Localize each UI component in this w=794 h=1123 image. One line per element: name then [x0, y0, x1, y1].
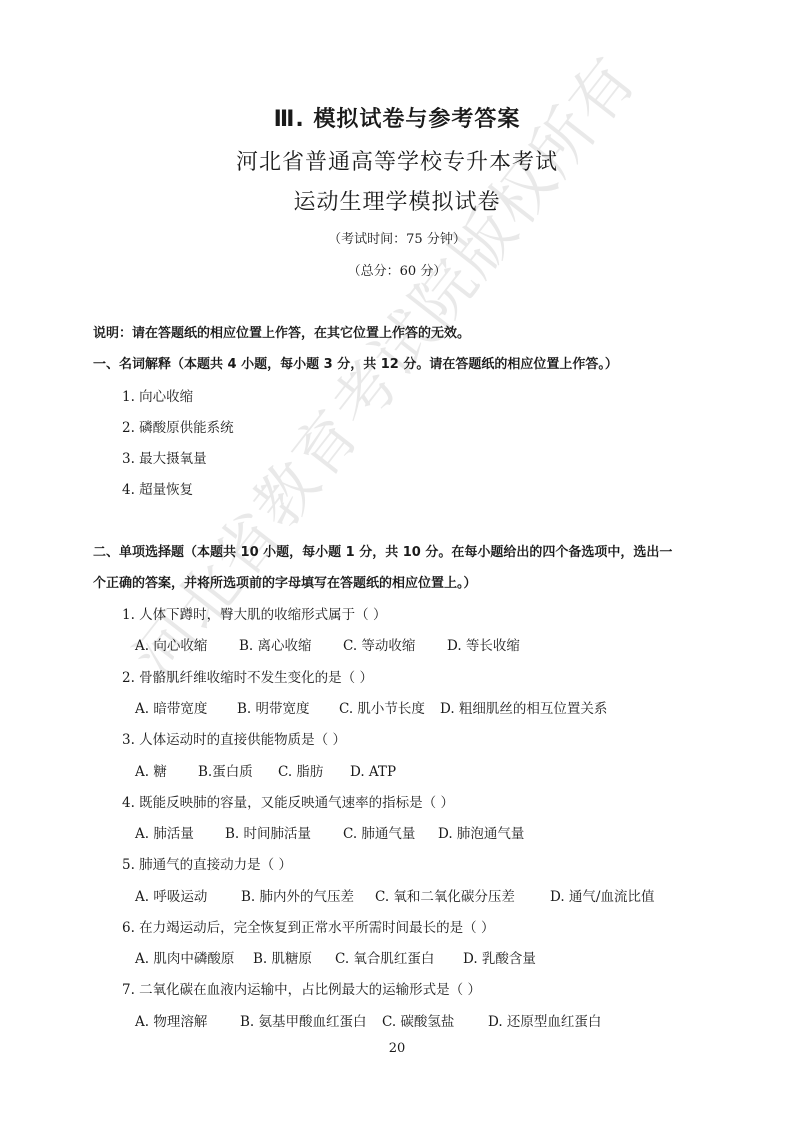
option-a: A. 向心收缩	[135, 634, 239, 654]
section2-heading-line1: 二、单项选择题（本题共 10 小题，每小题 1 分，共 10 分。在每小题给出的…	[93, 541, 672, 560]
option-c: C. 肺通气量	[343, 822, 438, 842]
question-4: 4. 既能反映肺的容量，又能反映通气速率的指标是（ ）	[122, 791, 454, 811]
option-b: B. 肺内外的气压差	[241, 885, 375, 905]
question-6: 6. 在力竭运动后，完全恢复到正常水平所需时间最长的是（ ）	[122, 916, 494, 936]
section2-heading-line2: 个正确的答案，并将所选项前的字母填写在答题纸的相应位置上。）	[93, 572, 477, 591]
option-a: A. 物理溶解	[135, 1010, 240, 1030]
question-3-options: A. 糖B.蛋白质C. 脂肪D. ATP	[135, 760, 396, 780]
option-b: B. 肌糖原	[253, 947, 335, 967]
option-c: C. 氧合肌红蛋白	[335, 947, 463, 967]
option-d: D. 粗细肌丝的相互位置关系	[440, 697, 607, 717]
option-c: C. 等动收缩	[343, 634, 447, 654]
exam-title: 河北省普通高等学校专升本考试	[0, 145, 794, 176]
option-d: D. 通气/血流比值	[550, 885, 654, 905]
option-b: B.蛋白质	[198, 760, 278, 780]
question-3: 3. 人体运动时的直接供能物质是（ ）	[122, 728, 346, 748]
question-6-options: A. 肌肉中磷酸原B. 肌糖原C. 氧合肌红蛋白D. 乳酸含量	[135, 947, 536, 967]
question-7-options: A. 物理溶解B. 氨基甲酸血红蛋白C. 碳酸氢盐D. 还原型血红蛋白	[135, 1010, 601, 1030]
option-b: B. 离心收缩	[239, 634, 343, 654]
option-d: D. 等长收缩	[447, 634, 520, 654]
instructions: 说明：请在答题纸的相应位置上作答，在其它位置上作答的无效。	[93, 322, 470, 341]
page-number: 20	[0, 1041, 794, 1056]
question-7: 7. 二氧化碳在血液内运输中，占比例最大的运输形式是（ ）	[122, 978, 481, 998]
option-a: A. 肺活量	[135, 822, 225, 842]
question-2-options: A. 暗带宽度B. 明带宽度C. 肌小节长度D. 粗细肌丝的相互位置关系	[135, 697, 607, 717]
option-b: B. 时间肺活量	[225, 822, 343, 842]
exam-time: （考试时间：75 分钟）	[0, 228, 794, 247]
question-5-options: A. 呼吸运动B. 肺内外的气压差C. 氧和二氧化碳分压差D. 通气/血流比值	[135, 885, 654, 905]
term-item: 1. 向心收缩	[122, 385, 193, 405]
option-b: B. 明带宽度	[237, 697, 339, 717]
option-d: D. ATP	[350, 764, 396, 780]
option-c: C. 氧和二氧化碳分压差	[375, 885, 550, 905]
option-c: C. 脂肪	[278, 760, 350, 780]
option-a: A. 糖	[135, 760, 198, 780]
option-a: A. 暗带宽度	[135, 697, 237, 717]
option-d: D. 肺泡通气量	[438, 822, 524, 842]
option-c: C. 碳酸氢盐	[382, 1010, 488, 1030]
document-page: 河北省教育考试院版权所有 Ⅲ. 模拟试卷与参考答案 河北省普通高等学校专升本考试…	[0, 0, 794, 1123]
total-score: （总分：60 分）	[0, 260, 794, 279]
question-2: 2. 骨骼肌纤维收缩时不发生变化的是（ ）	[122, 666, 373, 686]
option-c: C. 肌小节长度	[339, 697, 440, 717]
term-item: 4. 超量恢复	[122, 478, 193, 498]
option-d: D. 乳酸含量	[463, 947, 536, 967]
option-d: D. 还原型血红蛋白	[488, 1010, 601, 1030]
option-a: A. 呼吸运动	[135, 885, 241, 905]
question-4-options: A. 肺活量B. 时间肺活量C. 肺通气量D. 肺泡通气量	[135, 822, 524, 842]
question-1-options: A. 向心收缩B. 离心收缩C. 等动收缩D. 等长收缩	[135, 634, 520, 654]
term-item: 2. 磷酸原供能系统	[122, 416, 234, 436]
section1-heading: 一、名词解释（本题共 4 小题，每小题 3 分，共 12 分。请在答题纸的相应位…	[93, 353, 618, 372]
subject-title: 运动生理学模拟试卷	[0, 185, 794, 216]
section-title: Ⅲ. 模拟试卷与参考答案	[0, 102, 794, 133]
option-a: A. 肌肉中磷酸原	[135, 947, 253, 967]
option-b: B. 氨基甲酸血红蛋白	[240, 1010, 382, 1030]
question-1: 1. 人体下蹲时，臀大肌的收缩形式属于（ ）	[122, 603, 386, 623]
term-item: 3. 最大摄氧量	[122, 447, 207, 467]
question-5: 5. 肺通气的直接动力是（ ）	[122, 853, 292, 873]
